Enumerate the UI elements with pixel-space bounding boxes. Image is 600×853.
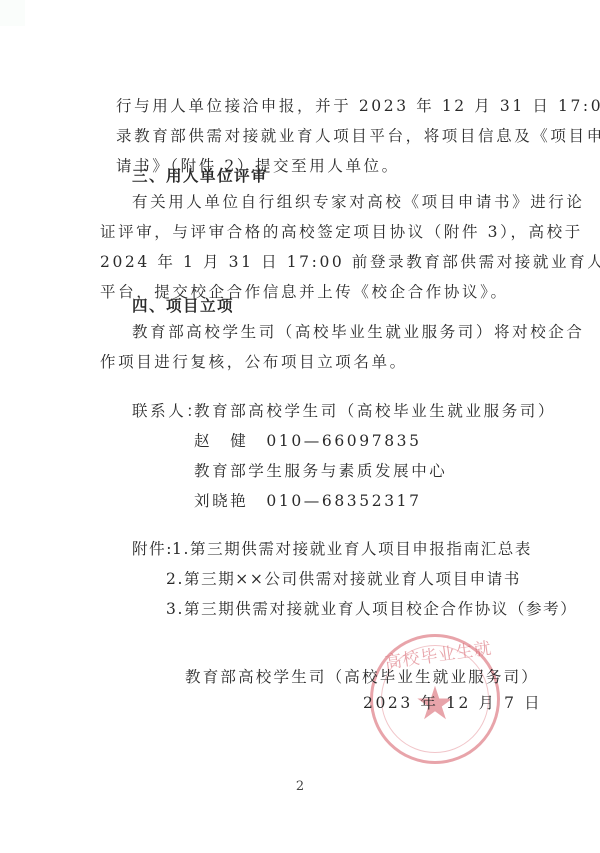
text-line: 教育部高校学生司（高校毕业生就业服务司）将对校企合 <box>132 322 585 342</box>
contact-person: 刘晓艳 010—68352317 <box>194 491 422 511</box>
text-line: 作项目进行复核，公布项目立项名单。 <box>100 352 408 372</box>
signature-org: 教育部高校学生司（高校毕业生就业服务司） <box>185 667 539 687</box>
text-line: 行与用人单位接洽申报，并于 2023 年 12 月 31 日 17:00 前登 <box>116 96 600 116</box>
signature-date: 2023 年 12 月 7 日 <box>363 693 542 713</box>
text-line: 2024 年 1 月 31 日 17:00 前登录教育部供需对接就业育人项目 <box>100 252 600 272</box>
text-line: 录教育部供需对接就业育人项目平台，将项目信息及《项目申 <box>116 126 600 146</box>
page-number: 2 <box>0 779 600 794</box>
attachment-item: 3.第三期供需对接就业育人项目校企合作协议（参考） <box>166 599 577 619</box>
text-line: 有关用人单位自行组织专家对高校《项目申请书》进行论 <box>132 192 585 212</box>
attachments-label: 附件: <box>132 539 173 559</box>
attachment-item: 2.第三期××公司供需对接就业育人项目申请书 <box>166 569 521 589</box>
contact-org: 教育部高校学生司（高校毕业生就业服务司） <box>194 401 556 421</box>
scan-artifact <box>0 0 25 26</box>
contact-person: 赵 健 010—66097835 <box>194 431 422 451</box>
section-heading: 四、项目立项 <box>132 296 234 316</box>
text-line: 证评审，与评审合格的高校签定项目协议（附件 3），高校于 <box>100 222 583 242</box>
attachment-item: 1.第三期供需对接就业育人项目申报指南汇总表 <box>172 539 532 559</box>
contact-org: 教育部学生服务与素质发展中心 <box>194 461 447 481</box>
section-heading: 三、用人单位评审 <box>132 166 268 186</box>
